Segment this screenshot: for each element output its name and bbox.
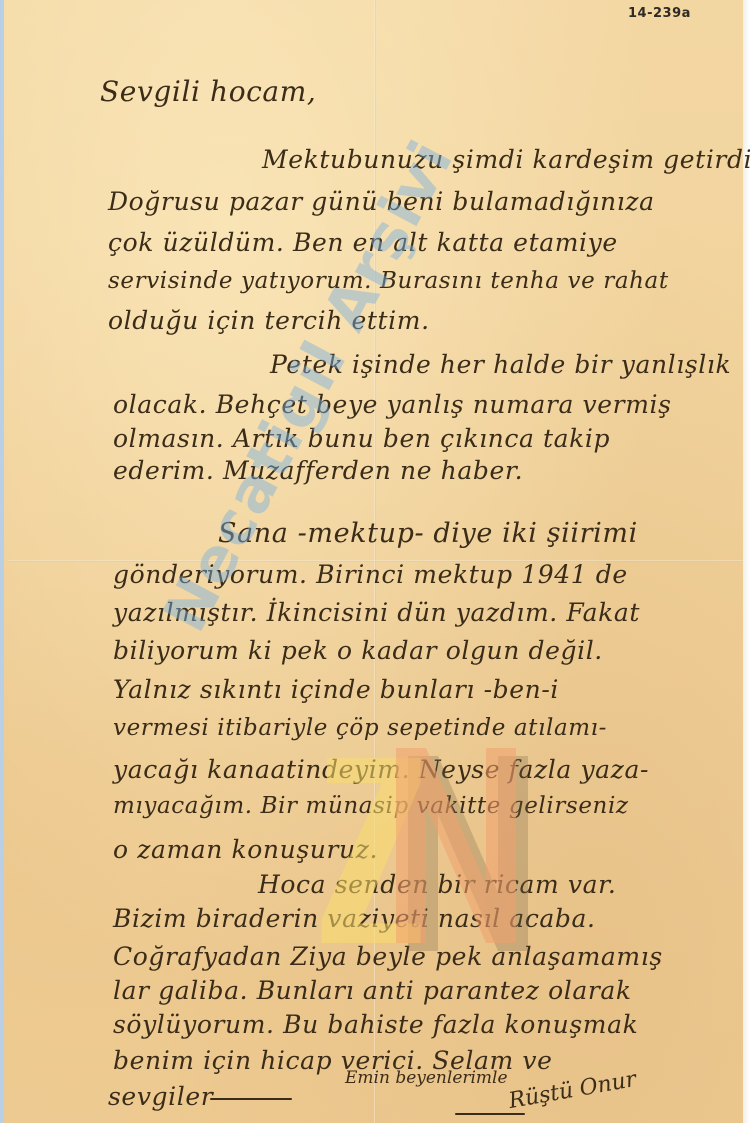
- letter-line: lar galiba. Bunları anti parantez olarak: [113, 976, 632, 1005]
- letter-line: mıyacağım. Bir münasip vakitte gelirseni…: [113, 793, 629, 819]
- letter-line: olacak. Behçet beye yanlış numara vermiş: [113, 390, 672, 419]
- letter-line: Coğrafyadan Ziya beyle pek anlaşamamış: [113, 942, 663, 971]
- letter-line: servisinde yatıyorum. Burasını tenha ve …: [108, 268, 669, 294]
- postscript: Emin beyenlerimle: [345, 1068, 508, 1088]
- letter-line: olmasın. Artık bunu ben çıkınca takip: [113, 424, 610, 453]
- letter-line: gönderiyorum. Birinci mektup 1941 de: [113, 560, 628, 589]
- letter-line: Mektubunuzu şimdi kardeşim getirdi.: [262, 145, 750, 174]
- letter-line: biliyorum ki pek o kadar olgun değil.: [113, 636, 603, 665]
- letter-line: o zaman konuşuruz.: [113, 835, 378, 864]
- archive-number: 14-239a: [628, 6, 691, 21]
- letter-line: yacağı kanaatindeyim. Neyse fazla yaza-: [113, 755, 649, 784]
- letter-line: söylüyorum. Bu bahiste fazla konuşmak: [113, 1010, 638, 1039]
- salutation: Sevgili hocam,: [100, 75, 316, 108]
- letter-line: vermesi itibariyle çöp sepetinde atılamı…: [113, 715, 607, 741]
- letter-line: çok üzüldüm. Ben en alt katta etamiye: [108, 228, 618, 257]
- letter-line: Doğrusu pazar günü beni bulamadığınıza: [108, 187, 655, 216]
- letter-line: Sana -mektup- diye iki şiirimi: [218, 518, 638, 549]
- document-frame: 14-239a Sevgili hocam, Mektubunuzu şimdi…: [0, 0, 750, 1123]
- letter-line: yazılmıştır. İkincisini dün yazdım. Faka…: [113, 598, 640, 627]
- letter-line: sevgiler: [108, 1082, 213, 1111]
- letter-line: Petek işinde her halde bir yanlışlık: [270, 350, 731, 379]
- letter-line: Yalnız sıkıntı içinde bunları -ben-i: [113, 675, 559, 704]
- closing-flourish: [210, 1098, 292, 1100]
- letter-line: ederim. Muzafferden ne haber.: [113, 456, 523, 485]
- letter-line: Bizim biraderin vaziyeti nasıl acaba.: [113, 904, 596, 933]
- letter-line: olduğu için tercih ettim.: [108, 306, 430, 335]
- letter-line: Hoca senden bir ricam var.: [258, 870, 616, 899]
- signature-flourish: [455, 1113, 525, 1115]
